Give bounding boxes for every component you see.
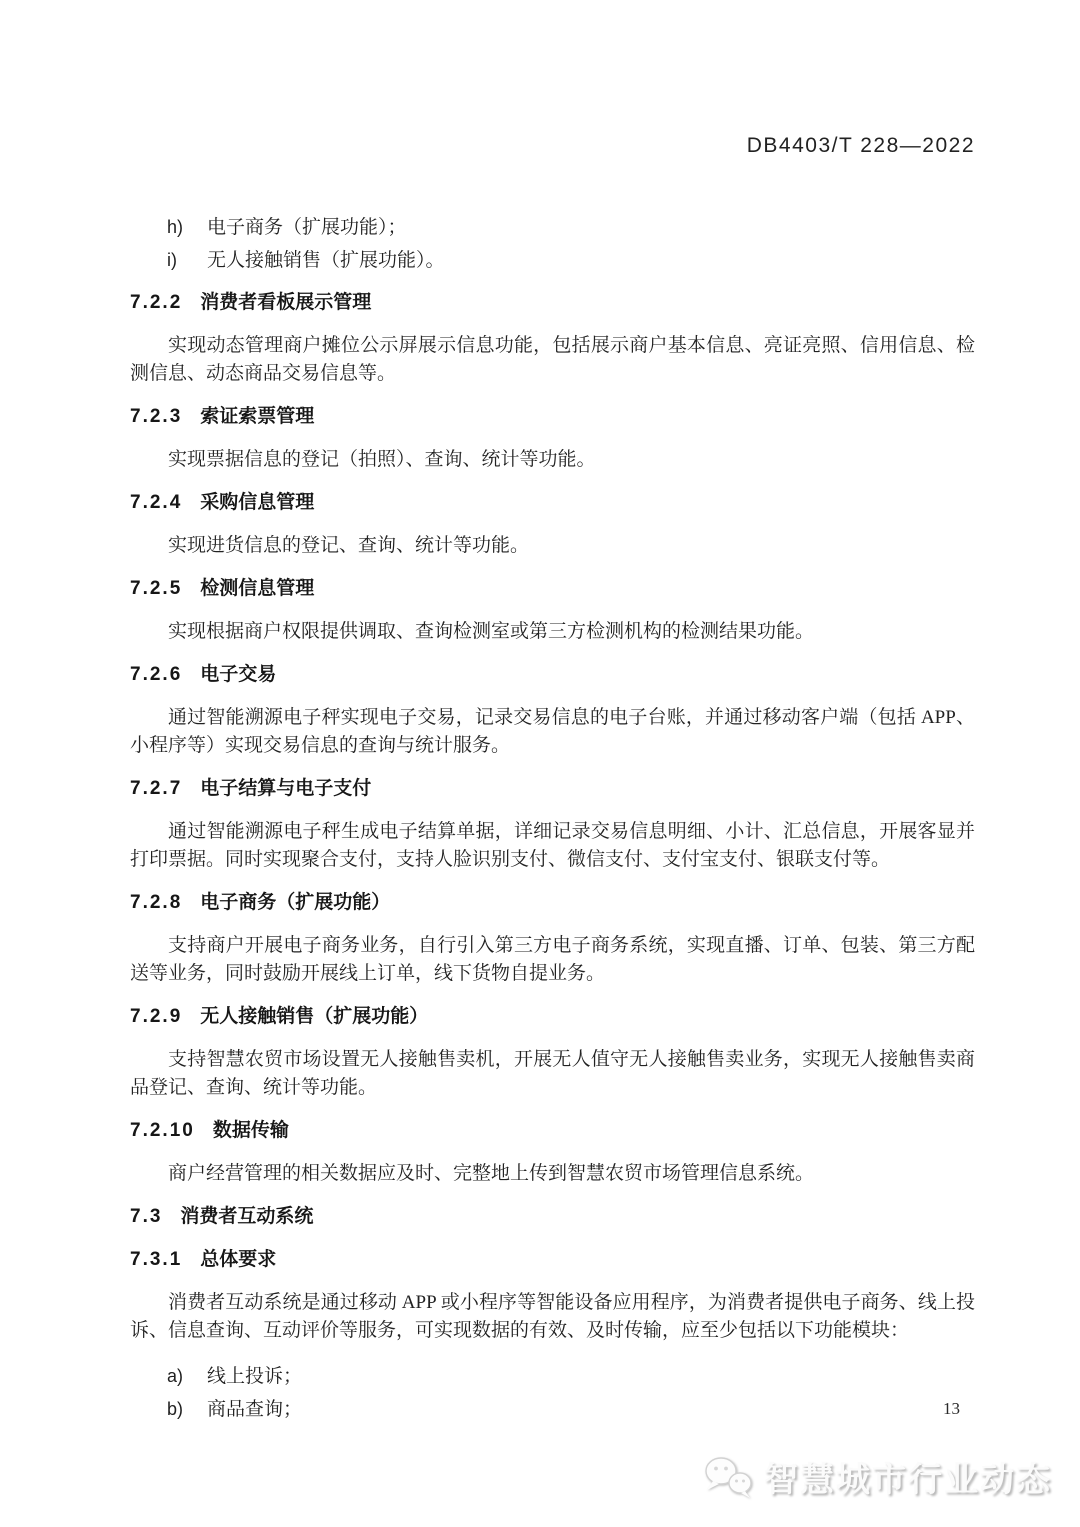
watermark-text: 智慧城市行业动态 <box>764 1452 1052 1501</box>
list-marker: i) <box>167 244 207 277</box>
section-body: 支持智慧农贸市场设置无人接触售卖机，开展无人值守无人接触售卖业务，实现无人接触售… <box>130 1046 975 1102</box>
page-number: 13 <box>943 1399 960 1419</box>
list-item: b)商品查询； <box>130 1393 975 1426</box>
section-body: 支持商户开展电子商务业务，自行引入第三方电子商务系统，实现直播、订单、包装、第三… <box>130 932 975 988</box>
section-title: 检测信息管理 <box>200 578 314 599</box>
section-body: 商户经营管理的相关数据应及时、完整地上传到智慧农贸市场管理信息系统。 <box>130 1160 975 1188</box>
section-heading-7-2-4: 7.2.4采购信息管理 <box>130 489 975 517</box>
section-heading-7-3: 7.3消费者互动系统 <box>130 1203 975 1231</box>
section-number: 7.2.2 <box>130 292 182 313</box>
feature-list-bottom: a)线上投诉； b)商品查询； <box>130 1360 975 1426</box>
wechat-icon <box>702 1454 754 1500</box>
section-title: 数据传输 <box>213 1120 289 1141</box>
list-text: 电子商务（扩展功能）； <box>207 217 407 238</box>
section-body: 消费者互动系统是通过移动 APP 或小程序等智能设备应用程序，为消费者提供电子商… <box>130 1289 975 1345</box>
section-heading-7-2-3: 7.2.3索证索票管理 <box>130 403 975 431</box>
section-heading-7-2-8: 7.2.8电子商务（扩展功能） <box>130 889 975 917</box>
section-heading-7-2-9: 7.2.9无人接触销售（扩展功能） <box>130 1003 975 1031</box>
section-number: 7.2.5 <box>130 578 182 599</box>
section-body: 实现进货信息的登记、查询、统计等功能。 <box>130 532 975 560</box>
list-item: i)无人接触销售（扩展功能）。 <box>130 244 975 277</box>
section-number: 7.3 <box>130 1206 162 1227</box>
section-number: 7.3.1 <box>130 1249 182 1270</box>
document-code: DB4403/T 228—2022 <box>130 133 975 159</box>
section-number: 7.2.10 <box>130 1120 195 1141</box>
list-marker: b) <box>167 1393 207 1426</box>
section-body: 实现动态管理商户摊位公示屏展示信息功能，包括展示商户基本信息、亮证亮照、信用信息… <box>130 332 975 388</box>
section-body: 通过智能溯源电子秤实现电子交易，记录交易信息的电子台账，并通过移动客户端（包括 … <box>130 704 975 760</box>
section-title: 总体要求 <box>200 1249 276 1270</box>
section-title: 索证索票管理 <box>200 406 314 427</box>
section-number: 7.2.9 <box>130 1006 182 1027</box>
section-title: 电子商务（扩展功能） <box>200 892 390 913</box>
list-item: a)线上投诉； <box>130 1360 975 1393</box>
section-title: 采购信息管理 <box>200 492 314 513</box>
section-body: 实现票据信息的登记（拍照）、查询、统计等功能。 <box>130 446 975 474</box>
section-heading-7-3-1: 7.3.1总体要求 <box>130 1246 975 1274</box>
section-body: 通过智能溯源电子秤生成电子结算单据，详细记录交易信息明细、小计、汇总信息，开展客… <box>130 818 975 874</box>
document-page: DB4403/T 228—2022 h)电子商务（扩展功能）； i)无人接触销售… <box>0 0 1080 1527</box>
section-number: 7.2.8 <box>130 892 182 913</box>
section-heading-7-2-6: 7.2.6电子交易 <box>130 661 975 689</box>
section-number: 7.2.7 <box>130 778 182 799</box>
list-marker: h) <box>167 211 207 244</box>
feature-list-top: h)电子商务（扩展功能）； i)无人接触销售（扩展功能）。 <box>130 211 975 277</box>
section-title: 消费者看板展示管理 <box>200 292 371 313</box>
section-title: 电子结算与电子支付 <box>200 778 371 799</box>
list-text: 商品查询； <box>207 1399 302 1420</box>
section-number: 7.2.6 <box>130 664 182 685</box>
page-content: DB4403/T 228—2022 h)电子商务（扩展功能）； i)无人接触销售… <box>130 133 975 1426</box>
list-item: h)电子商务（扩展功能）； <box>130 211 975 244</box>
list-text: 线上投诉； <box>207 1366 302 1387</box>
section-number: 7.2.4 <box>130 492 182 513</box>
section-heading-7-2-10: 7.2.10数据传输 <box>130 1117 975 1145</box>
section-title: 消费者互动系统 <box>180 1206 313 1227</box>
section-heading-7-2-5: 7.2.5检测信息管理 <box>130 575 975 603</box>
list-marker: a) <box>167 1360 207 1393</box>
section-number: 7.2.3 <box>130 406 182 427</box>
list-text: 无人接触销售（扩展功能）。 <box>207 250 445 271</box>
section-heading-7-2-2: 7.2.2消费者看板展示管理 <box>130 289 975 317</box>
section-title: 电子交易 <box>200 664 276 685</box>
watermark: 智慧城市行业动态 <box>702 1452 1052 1501</box>
section-body: 实现根据商户权限提供调取、查询检测室或第三方检测机构的检测结果功能。 <box>130 618 975 646</box>
section-heading-7-2-7: 7.2.7电子结算与电子支付 <box>130 775 975 803</box>
section-title: 无人接触销售（扩展功能） <box>200 1006 428 1027</box>
